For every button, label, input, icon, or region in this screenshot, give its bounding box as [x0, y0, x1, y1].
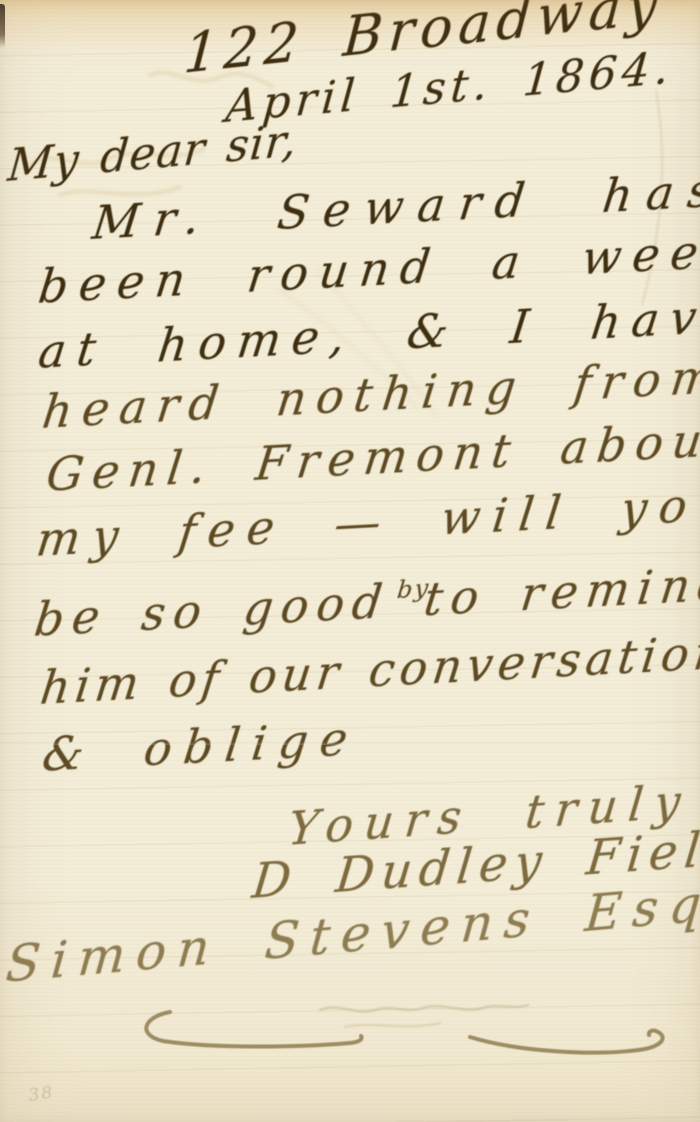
- scan-edge-artifact: [0, 4, 5, 48]
- salutation-line: My dear sir,: [6, 119, 299, 189]
- pencil-mark: 38: [28, 1085, 56, 1105]
- signature-flourish: [115, 995, 675, 1070]
- pencil-smudge: [305, 975, 545, 1045]
- fold-crease: [0, 742, 700, 745]
- body-line-9: & oblige: [40, 715, 362, 778]
- letter-page: 122 Broadway April 1st. 1864. My dear si…: [0, 0, 700, 1122]
